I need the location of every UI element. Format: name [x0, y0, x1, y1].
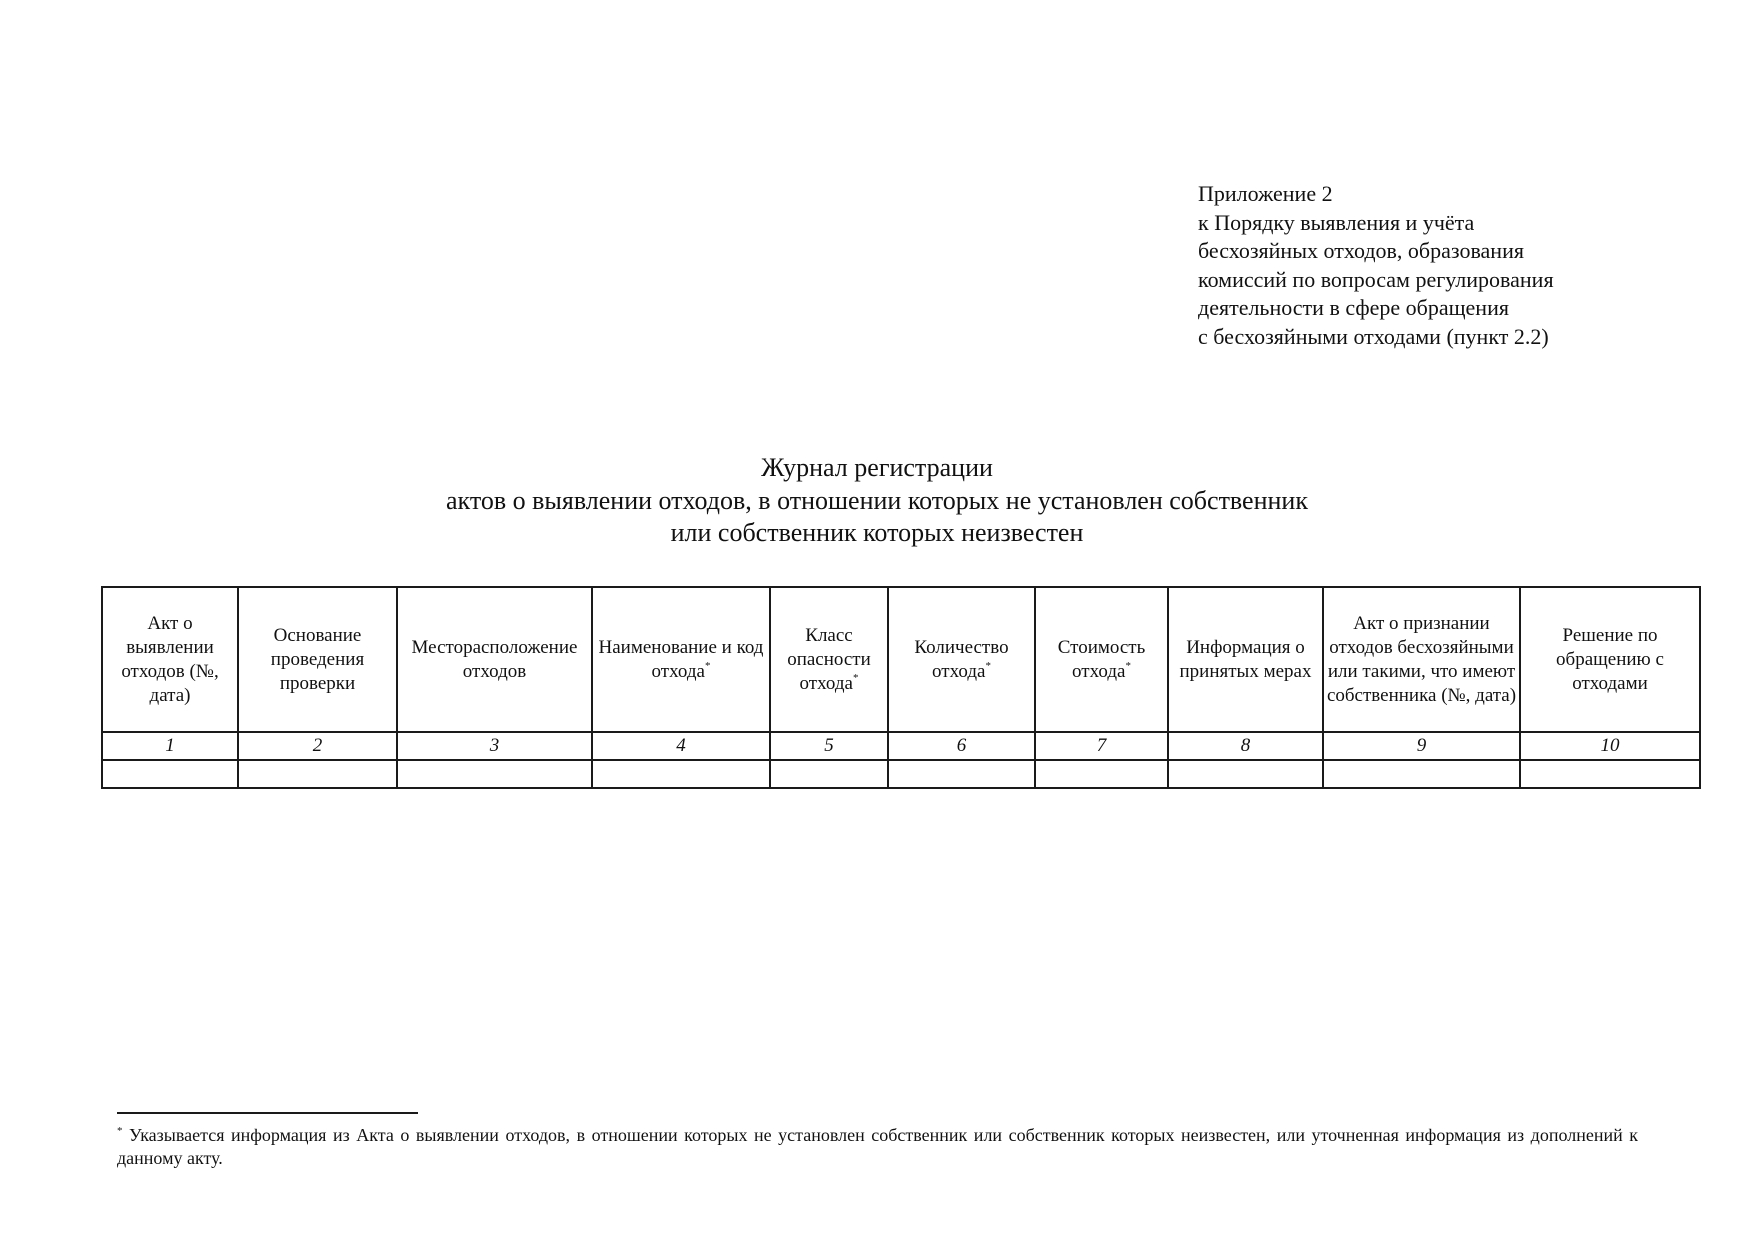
- column-number: 7: [1035, 732, 1168, 760]
- table-cell[interactable]: [592, 760, 770, 788]
- appendix-line: комиссий по вопросам регулирования: [1198, 266, 1554, 295]
- table-cell[interactable]: [397, 760, 592, 788]
- table-cell[interactable]: [1323, 760, 1520, 788]
- table-cell[interactable]: [888, 760, 1035, 788]
- column-header-label: Решение по обращению с отходами: [1556, 625, 1664, 694]
- column-header-label: Месторасположение отходов: [412, 637, 578, 682]
- column-number: 6: [888, 732, 1035, 760]
- column-header-label: Стоимость отхода: [1058, 637, 1146, 682]
- appendix-reference: Приложение 2 к Порядку выявления и учёта…: [1198, 180, 1554, 351]
- column-number: 1: [102, 732, 238, 760]
- header-row: Акт о выявлении отходов (№, дата)Основан…: [102, 587, 1700, 732]
- column-header: Решение по обращению с отходами: [1520, 587, 1700, 732]
- column-number: 4: [592, 732, 770, 760]
- column-header: Акт о признании отходов бесхозяйными или…: [1323, 587, 1520, 732]
- appendix-line: с бесхозяйными отходами (пункт 2.2): [1198, 323, 1554, 352]
- column-number: 8: [1168, 732, 1323, 760]
- column-number: 9: [1323, 732, 1520, 760]
- document-title: Журнал регистрации актов о выявлении отх…: [0, 452, 1754, 550]
- registration-journal-table: Акт о выявлении отходов (№, дата)Основан…: [101, 586, 1701, 789]
- title-line: актов о выявлении отходов, в отношении к…: [0, 485, 1754, 518]
- table-cell[interactable]: [1520, 760, 1700, 788]
- appendix-line: деятельности в сфере обращения: [1198, 294, 1554, 323]
- column-header: Класс опасности отхода*: [770, 587, 888, 732]
- footnote-marker: *: [1125, 660, 1131, 672]
- footnote-text: Указывается информация из Акта о выявлен…: [117, 1125, 1638, 1168]
- column-header-label: Акт о признании отходов бесхозяйными или…: [1327, 613, 1516, 706]
- column-header-label: Основание проведения проверки: [271, 625, 364, 694]
- table-cell[interactable]: [1035, 760, 1168, 788]
- column-header: Стоимость отхода*: [1035, 587, 1168, 732]
- column-header: Акт о выявлении отходов (№, дата): [102, 587, 238, 732]
- table-row: [102, 760, 1700, 788]
- column-header-label: Количество отхода: [914, 637, 1008, 682]
- footnote-marker: *: [853, 672, 859, 684]
- column-header: Основание проведения проверки: [238, 587, 397, 732]
- appendix-line: к Порядку выявления и учёта: [1198, 209, 1554, 238]
- column-header: Месторасположение отходов: [397, 587, 592, 732]
- footnote: * Указывается информация из Акта о выявл…: [117, 1124, 1638, 1170]
- table-cell[interactable]: [102, 760, 238, 788]
- column-header: Информация о принятых мерах: [1168, 587, 1323, 732]
- footnote-marker: *: [985, 660, 991, 672]
- title-line: или собственник которых неизвестен: [0, 517, 1754, 550]
- column-number: 5: [770, 732, 888, 760]
- column-number-row: 12345678910: [102, 732, 1700, 760]
- column-header: Количество отхода*: [888, 587, 1035, 732]
- footnote-marker: *: [705, 660, 711, 672]
- column-header-label: Акт о выявлении отходов (№, дата): [121, 613, 218, 706]
- footnote-marker: *: [117, 1125, 123, 1137]
- footnote-separator: [117, 1112, 418, 1114]
- column-number: 2: [238, 732, 397, 760]
- column-number: 10: [1520, 732, 1700, 760]
- column-header-label: Информация о принятых мерах: [1180, 637, 1312, 682]
- table-cell[interactable]: [1168, 760, 1323, 788]
- column-header: Наименование и код отхода*: [592, 587, 770, 732]
- column-number: 3: [397, 732, 592, 760]
- table-cell[interactable]: [238, 760, 397, 788]
- appendix-line: Приложение 2: [1198, 180, 1554, 209]
- title-line: Журнал регистрации: [0, 452, 1754, 485]
- table-cell[interactable]: [770, 760, 888, 788]
- column-header-label: Наименование и код отхода: [599, 637, 764, 682]
- appendix-line: бесхозяйных отходов, образования: [1198, 237, 1554, 266]
